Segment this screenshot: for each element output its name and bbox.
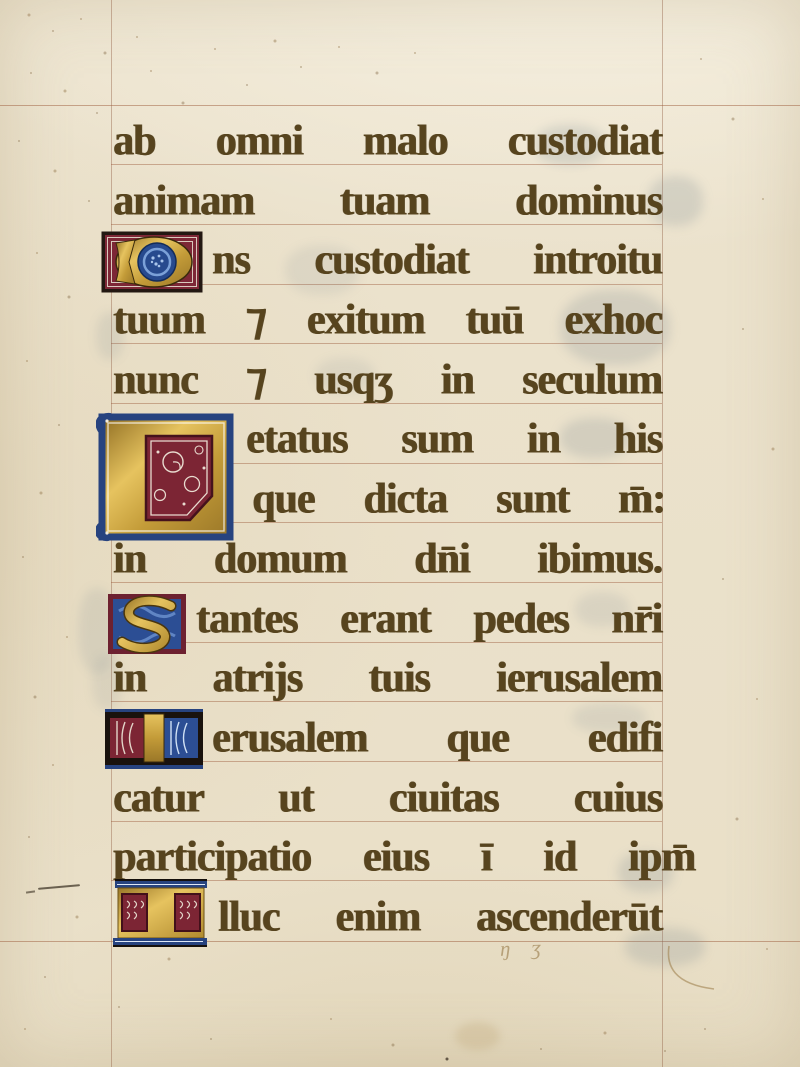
pencil-note: ŋ ʒ [500, 935, 550, 962]
text-line: ab omni malo custodiat [113, 113, 662, 173]
pen-flourish [660, 944, 722, 996]
text-line: ns custodiat introitu [212, 232, 662, 292]
text-line: nunc ⁊ usqʒ in seculum [113, 352, 662, 412]
manuscript-page: ab omni malo custodiat animam tuam domin… [0, 0, 800, 1067]
illuminated-initial-s [107, 593, 187, 655]
illuminated-initial-i-illuc [113, 879, 209, 947]
illuminated-initial-i-ierusalem [105, 709, 203, 769]
text-line: que dicta sunt m̄: [252, 471, 665, 531]
ruled-line-v-right [662, 0, 663, 1067]
text-line: tantes erant pedes nr̄i [196, 591, 662, 651]
text-line: catur ut ciuitas cuius [113, 770, 662, 830]
illuminated-initial-l [96, 412, 236, 542]
text-line: in atrijs tuis ierusalem [113, 650, 662, 710]
margin-ink-dash [38, 884, 80, 890]
text-line: animam tuam dominus [113, 173, 662, 233]
ruled-line-h-top [0, 105, 800, 106]
text-line: tuum ⁊ exitum tuū exhoc [113, 292, 662, 352]
text-line: lluc enim ascenderūt [218, 889, 662, 949]
margin-ink-dash [26, 890, 35, 893]
text-line: erusalem que edifi [212, 710, 662, 770]
parchment-stain [455, 1022, 500, 1050]
illuminated-initial-d [101, 231, 203, 293]
text-line: etatus sum in his [246, 411, 662, 471]
parchment-speckles [0, 0, 2, 2]
